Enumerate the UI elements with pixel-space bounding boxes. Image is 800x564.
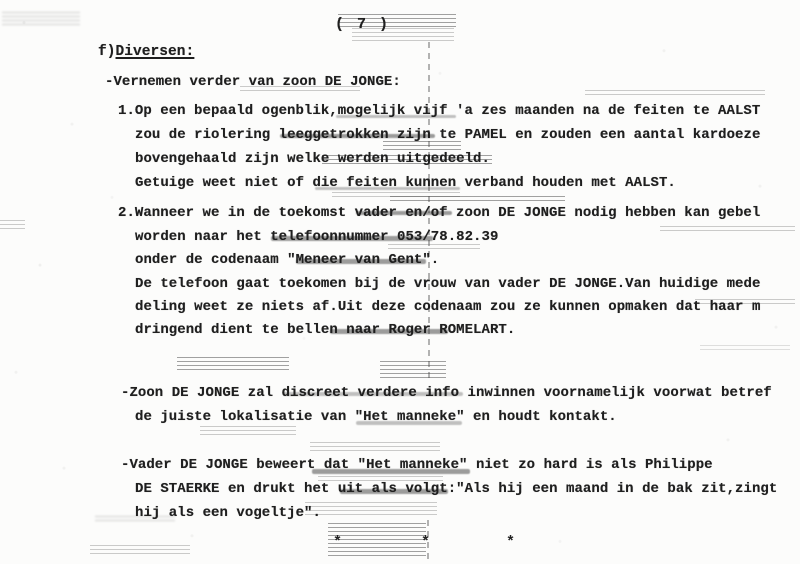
scan-artifact [310, 442, 440, 453]
section-title: Diversen: [116, 44, 195, 60]
item2-line1: 2.Wanneer we in de toekomst vader en/of … [118, 205, 760, 221]
para2-line3: hij als een vogeltje". [135, 505, 321, 521]
item1-line3: bovengehaald zijn welke werden uitgedeel… [135, 151, 490, 167]
scan-artifact [0, 220, 25, 232]
scan-artifact [390, 196, 565, 203]
scanned-document-page: ( 7 ) f)Diversen: -Vernemen verder van z… [0, 0, 800, 564]
scan-artifact [328, 523, 426, 559]
scan-artifact [585, 90, 765, 95]
para1-line1: -Zoon DE JONGE zal discreet verdere info… [121, 385, 772, 401]
footer-asterisk: * [333, 534, 342, 551]
item2-line5: deling weet ze niets af.Uit deze codenaa… [135, 299, 760, 315]
scan-artifact [380, 361, 446, 378]
footer-asterisk: * [506, 534, 515, 551]
item1-line4: Getuige weet niet of die feiten kunnen v… [135, 175, 676, 191]
scan-artifact [90, 545, 190, 555]
scan-artifact [2, 12, 80, 28]
intro-line: -Vernemen verder van zoon DE JONGE: [105, 74, 401, 90]
scan-artifact [177, 357, 289, 370]
scan-artifact [305, 502, 437, 517]
para2-line2: DE STAERKE en drukt het uit als volgt:"A… [135, 481, 777, 497]
scan-artifact [700, 345, 790, 351]
item1-line2: zou de riolering leeggetrokken zijn te P… [135, 127, 760, 143]
page-number: ( 7 ) [335, 16, 390, 33]
para2-line1: -Vader DE JONGE beweert dat "Het manneke… [121, 457, 713, 473]
item2-line2: worden naar het telefoonnummer 053/78.82… [135, 229, 498, 245]
scan-artifact [388, 244, 480, 252]
item2-line3: onder de codenaam "Meneer van Gent". [135, 252, 439, 268]
item2-line6: dringend dient te bellen naar Roger ROME… [135, 322, 515, 338]
footer-asterisk: * [421, 534, 430, 551]
scan-artifact [660, 226, 795, 234]
item2-line4: De telefoon gaat toekomen bij de vrouw v… [135, 276, 760, 292]
section-heading: f)Diversen: [98, 44, 194, 60]
scan-artifact [200, 426, 296, 438]
scan-artifact [332, 192, 460, 200]
section-label: f) [98, 44, 116, 60]
item1-line1: 1.Op een bepaald ogenblik,mogelijk vijf … [118, 103, 760, 119]
para1-line2: de juiste lokalisatie van "Het manneke" … [135, 409, 617, 425]
